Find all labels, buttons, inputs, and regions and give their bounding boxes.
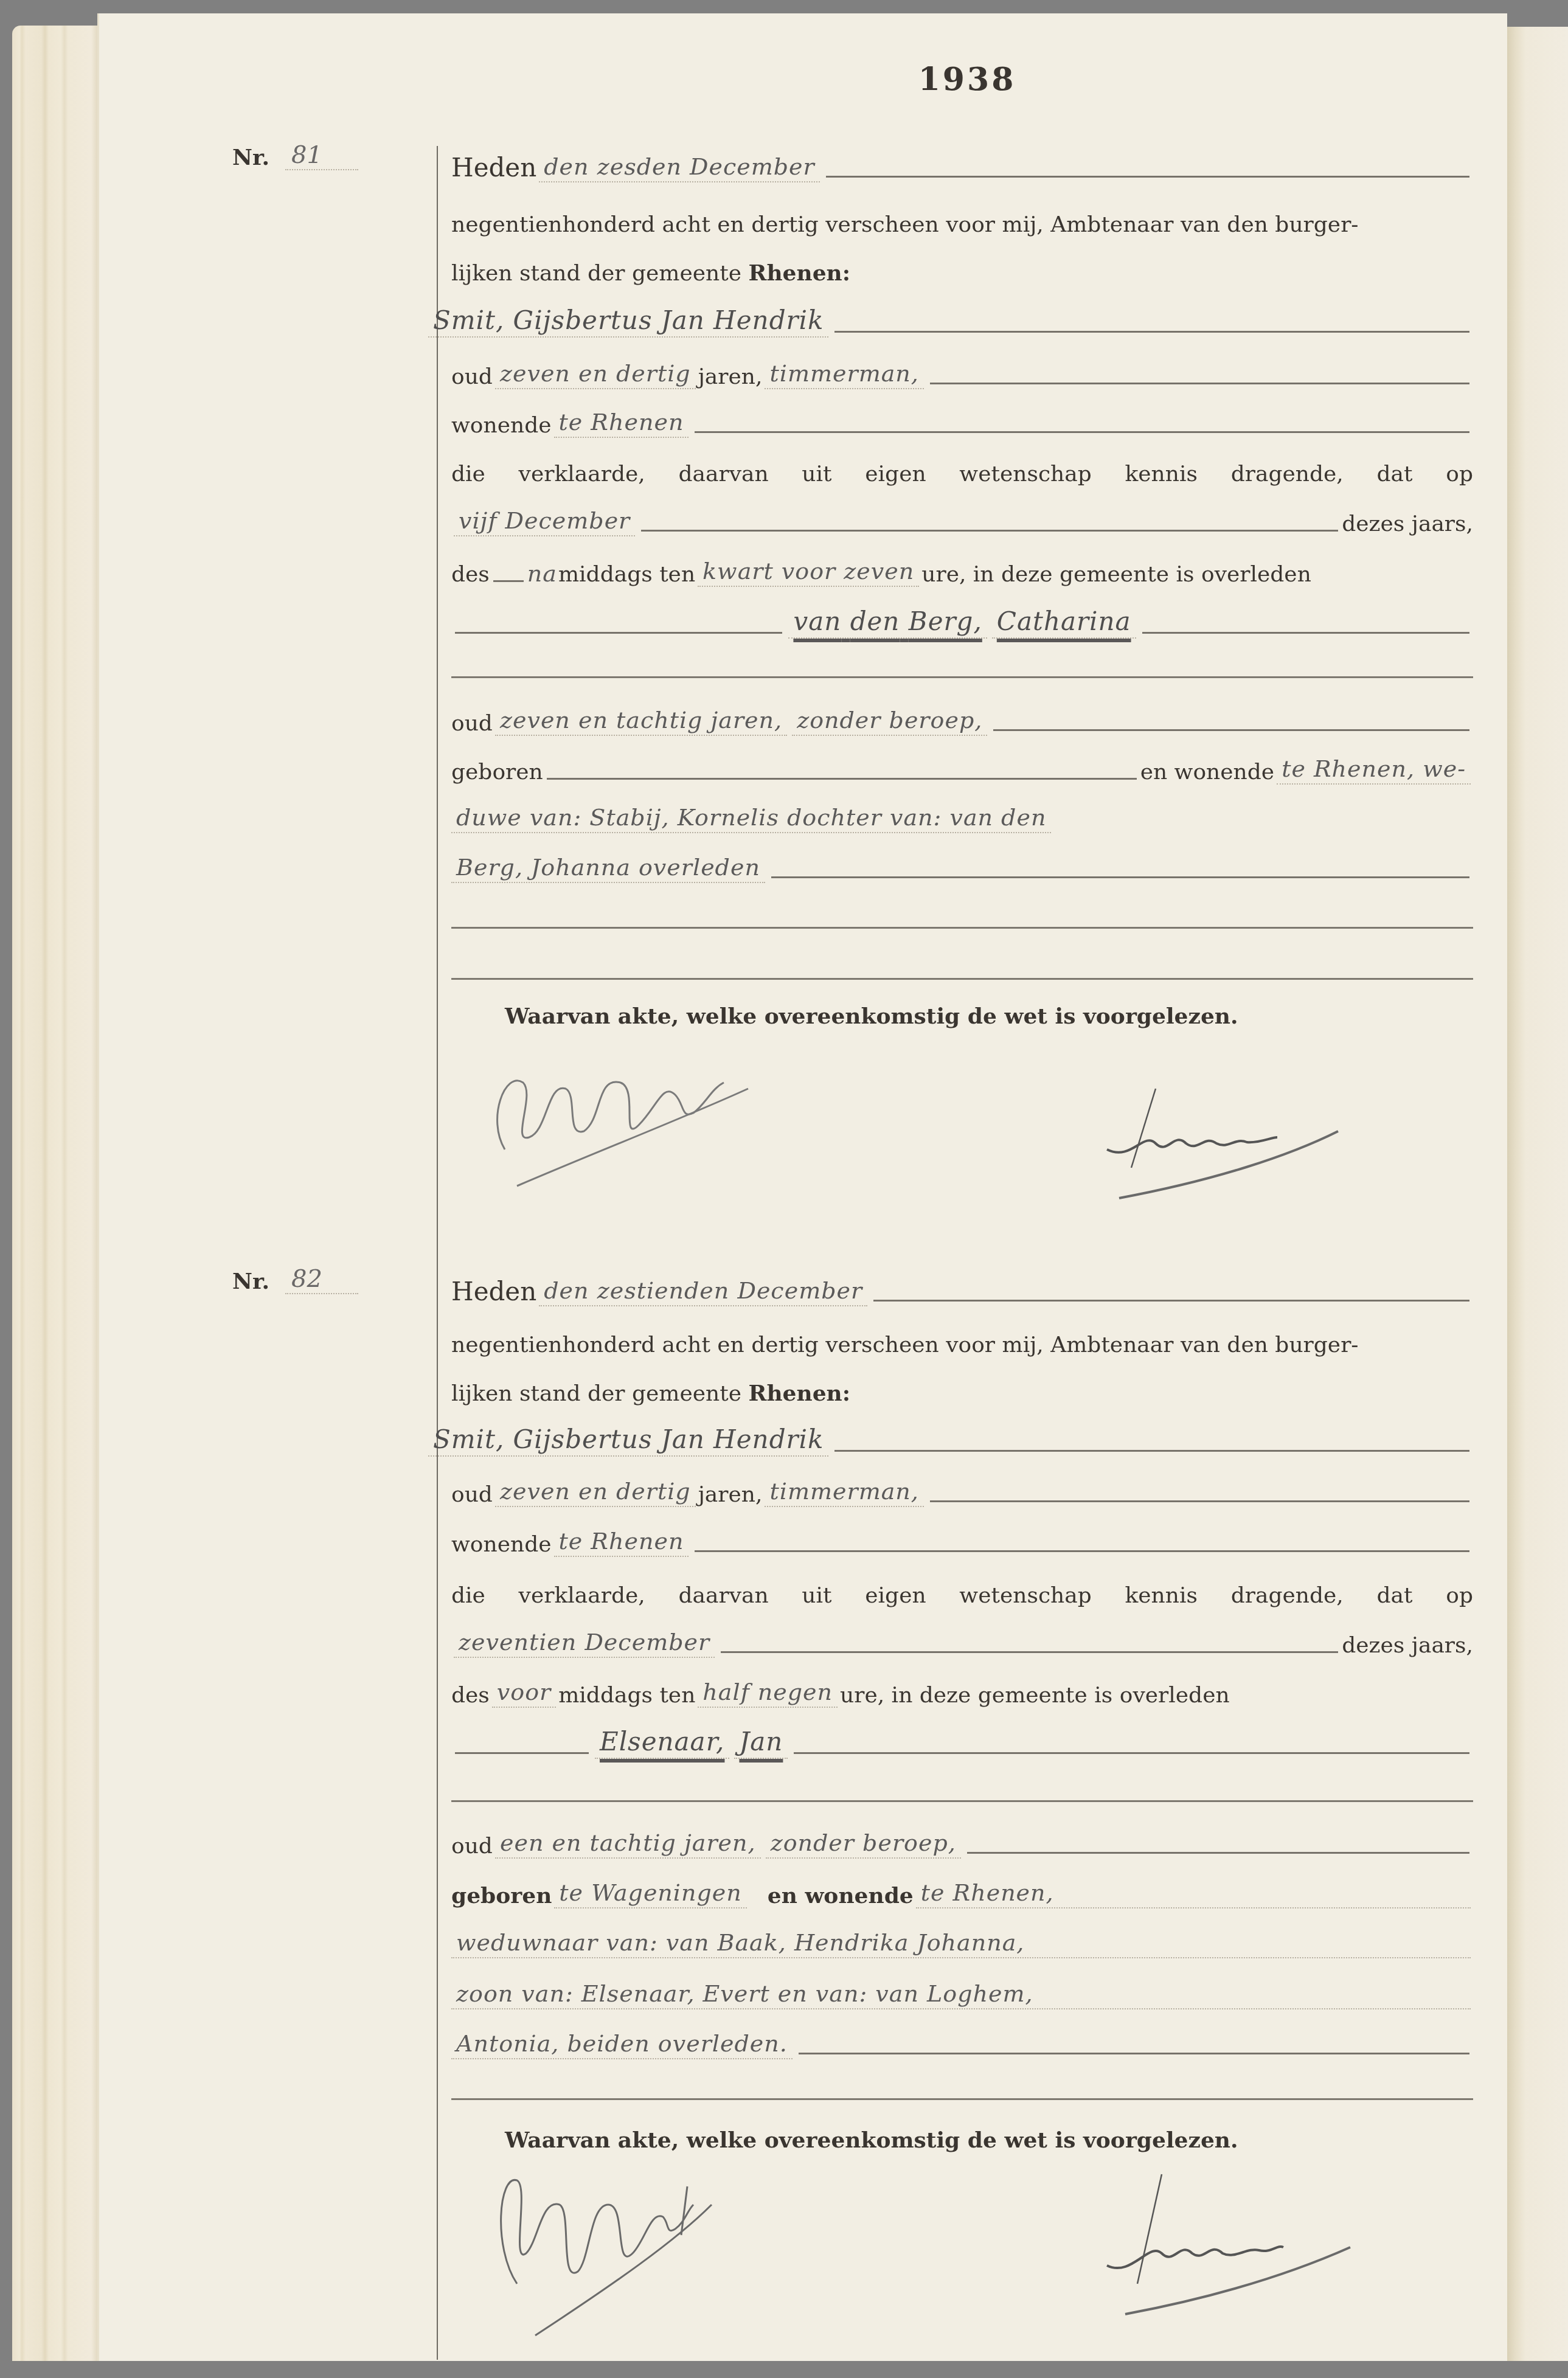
heden-line: Heden den zestienden December (451, 1270, 1473, 1306)
preamble-line: negentienhonderd acht en dertig verschee… (451, 201, 1473, 237)
blank-rule (451, 676, 1473, 678)
death-date-line: vijf December dezes jaars, (451, 500, 1473, 536)
relations-line-2: Berg, Johanna overleden (451, 847, 1473, 883)
deceased-occupation: zonder beroep, (792, 707, 987, 736)
deceased-name-line: van den Berg, Catharina (451, 602, 1473, 639)
deceased-residence: te Rhenen, (916, 1879, 1471, 1908)
declarant-occupation: timmerman, (765, 1478, 923, 1507)
signature-stroke-icon (1101, 2162, 1441, 2320)
next-page-gutter (1507, 27, 1568, 2361)
signature-stroke-icon (480, 2162, 821, 2338)
relations-text: Antonia, beiden overleden. (451, 2030, 793, 2059)
deceased-age: een en tachtig jaren, (495, 1829, 761, 1859)
death-time-line: des voor middags ten half negen ure, in … (451, 1671, 1473, 1708)
page-year: 1938 (906, 61, 1028, 98)
declarant-name: Smit, Gijsbertus Jan Hendrik (428, 1424, 828, 1457)
declarant-name: Smit, Gijsbertus Jan Hendrik (428, 305, 828, 338)
deceased-age-line: oud een en tachtig jaren, zonder beroep, (451, 1822, 1473, 1859)
death-time: kwart voor zeven (698, 558, 919, 587)
relations-text: Berg, Johanna overleden (451, 854, 765, 883)
blank-rule (451, 2098, 1473, 2100)
birth-residence-line: geboren en wonende te Rhenen, we- (451, 748, 1473, 785)
act-number-value: 81 (285, 141, 358, 170)
blank-rule (451, 978, 1473, 980)
death-time-line: des na middags ten kwart voor zeven ure,… (451, 550, 1473, 587)
declarant-residence: te Rhenen (554, 1528, 689, 1557)
gemeente-line: lijken stand der gemeente Rhenen: (451, 249, 1473, 286)
declarant-residence-line: wonende te Rhenen (451, 1520, 1473, 1557)
declarant-line: Smit, Gijsbertus Jan Hendrik (426, 301, 1473, 338)
birthplace: te Wageningen (554, 1879, 746, 1908)
declarant-line: Smit, Gijsbertus Jan Hendrik (426, 1420, 1473, 1457)
deceased-residence: te Rhenen, we- (1277, 755, 1471, 785)
declarant-signature (480, 1046, 797, 1192)
preamble-line: negentienhonderd acht en dertig verschee… (451, 1321, 1473, 1357)
heden-line: Heden den zesden December (451, 146, 1473, 182)
death-date: vijf December (454, 507, 635, 536)
deceased-age: zeven en tachtig jaren, (495, 707, 787, 736)
declaration-line: die verklaarde, daarvan uit eigen wetens… (451, 1572, 1473, 1608)
declarant-age: zeven en dertig (495, 1478, 696, 1507)
registrar-signature (1095, 1058, 1435, 1204)
deceased-surname: van den Berg, (788, 606, 987, 639)
daypart-prefix: voor (492, 1679, 556, 1708)
daypart-prefix: na (527, 560, 557, 587)
deceased-age-line: oud zeven en tachtig jaren, zonder beroe… (451, 699, 1473, 736)
act-number: Nr. 81 (232, 141, 358, 170)
relations-text: duwe van: Stabij, Kornelis dochter van: … (451, 804, 1051, 833)
birthplace-blank (547, 778, 1137, 780)
declarant-occupation: timmerman, (765, 360, 923, 389)
signature-stroke-icon (480, 1046, 797, 1192)
deceased-given-name: Catharina (992, 606, 1136, 639)
declaration-line: die verklaarde, daarvan uit eigen wetens… (451, 450, 1473, 487)
deceased-surname: Elsenaar, (595, 1727, 729, 1759)
declarant-residence-line: wonende te Rhenen (451, 401, 1473, 438)
blank-rule (451, 927, 1473, 929)
declarant-residence: te Rhenen (554, 409, 689, 438)
closing-statement: Waarvan akte, welke overeenkomstig de we… (505, 1004, 1238, 1029)
registrar-signature (1101, 2162, 1441, 2320)
relations-line-1: weduwnaar van: van Baak, Hendrika Johann… (451, 1922, 1473, 1958)
relations-line-2: zoon van: Elsenaar, Evert en van: van Lo… (451, 1973, 1473, 2009)
margin-rule (437, 146, 438, 2360)
relations-line-3: Antonia, beiden overleden. (451, 2023, 1473, 2059)
deceased-occupation: zonder beroep, (766, 1829, 961, 1859)
registration-date: den zestienden December (539, 1277, 867, 1306)
gemeente-line: lijken stand der gemeente Rhenen: (451, 1370, 1473, 1406)
declarant-age: zeven en dertig (495, 360, 696, 389)
relations-line-1: duwe van: Stabij, Kornelis dochter van: … (451, 797, 1473, 833)
death-time: half negen (698, 1679, 838, 1708)
act-number-value: 82 (285, 1265, 358, 1294)
signature-stroke-icon (1095, 1058, 1435, 1204)
registration-date: den zesden December (539, 153, 819, 182)
deceased-name-line: Elsenaar, Jan (451, 1722, 1473, 1759)
death-date: zeventien December (454, 1629, 715, 1658)
declarant-age-line: oud zeven en dertig jaren, timmerman, (451, 353, 1473, 389)
relations-text: zoon van: Elsenaar, Evert en van: van Lo… (451, 1980, 1471, 2009)
deceased-given-name: Jan (734, 1727, 788, 1759)
death-date-line: zeventien December dezes jaars, (451, 1621, 1473, 1658)
relations-text: weduwnaar van: van Baak, Hendrika Johann… (451, 1929, 1471, 1958)
page-edges-stack (12, 26, 103, 2361)
declarant-signature (480, 2162, 821, 2338)
act-number: Nr. 82 (232, 1265, 358, 1294)
declarant-age-line: oud zeven en dertig jaren, timmerman, (451, 1471, 1473, 1507)
closing-statement: Waarvan akte, welke overeenkomstig de we… (505, 2127, 1238, 2153)
blank-rule (451, 1800, 1473, 1802)
birth-residence-line: geboren te Wageningen en wonende te Rhen… (451, 1872, 1473, 1908)
